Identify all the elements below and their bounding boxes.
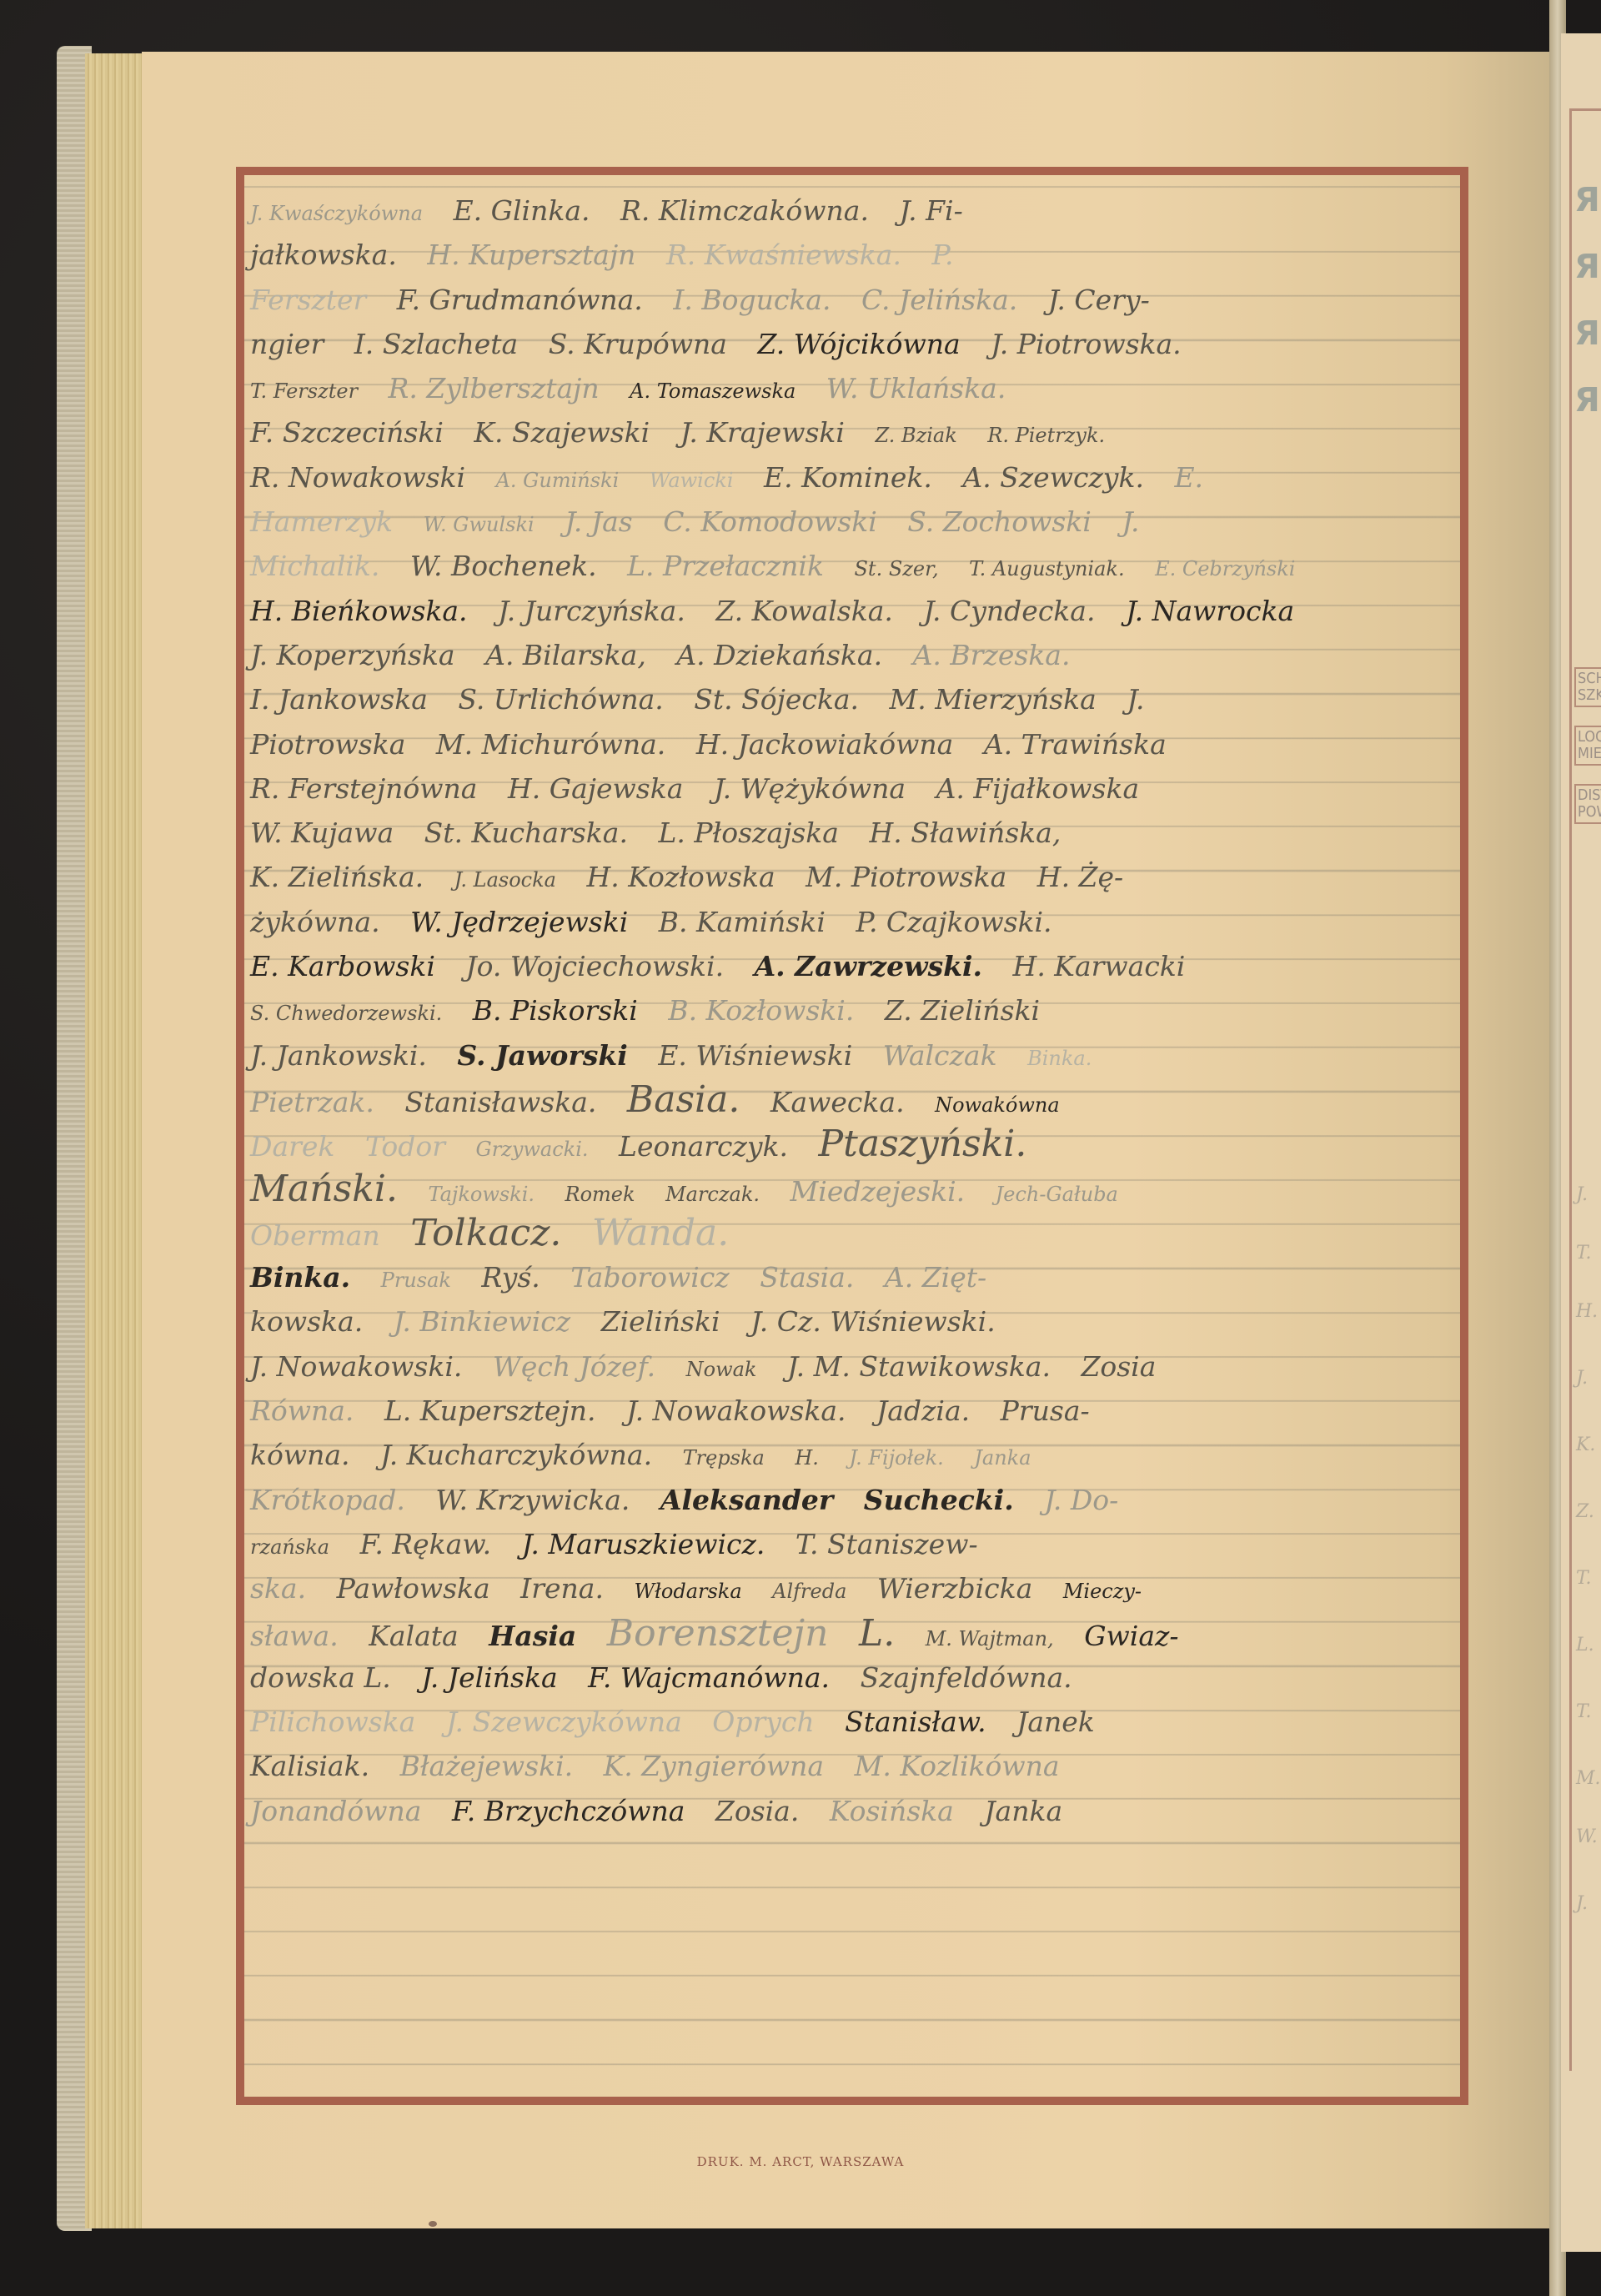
signature: E. Wiśniewski [658, 1033, 852, 1078]
signature: J. Jas [565, 500, 633, 544]
signature: Walczak [883, 1033, 997, 1078]
signature: H. Kozłowska [586, 855, 775, 899]
signature: C. Komodowski [663, 500, 877, 544]
signature: H. [795, 1436, 819, 1480]
signature: Jo. Wojciechowski. [465, 944, 724, 988]
signature: Równa. [250, 1389, 354, 1433]
page-edges [85, 53, 142, 2228]
signature: A. Zięt- [885, 1255, 986, 1299]
handwritten-line: E. Karbowski Jo. Wojciechowski. A. Zawrz… [250, 944, 1459, 988]
signature: B. Kozłowski. [668, 988, 854, 1032]
handwritten-line: Pilichowska J. Szewczykówna Oprych Stani… [250, 1700, 1459, 1744]
faint-handwriting: J. [1576, 1184, 1588, 1205]
signature: Borensztejn [607, 1611, 829, 1655]
signature: Leonarczyk. [619, 1124, 788, 1168]
signature: H. Karwacki [1013, 944, 1186, 988]
signature: Aleksander [660, 1478, 833, 1522]
faint-handwriting: W. [1576, 1826, 1598, 1847]
signature: Janka [974, 1436, 1031, 1480]
signature: Gwiaz- [1084, 1614, 1178, 1658]
signature: dowska L. [250, 1655, 391, 1700]
signature: J. Cyndecka. [923, 589, 1095, 633]
signature: M. Michurówna. [436, 722, 665, 766]
signature: A. Tomaszewska [630, 369, 795, 414]
signature: J. Maruszkiewicz. [522, 1522, 765, 1566]
signature: Miedzejeski. [790, 1169, 965, 1213]
handwritten-line: ska. Pawłowska Irena. Włodarska Alfreda … [250, 1566, 1459, 1610]
handwritten-line: żykówna. W. Jędrzejewski B. Kamiński P. … [250, 900, 1459, 944]
signature: F. Rękaw. [360, 1522, 492, 1566]
faint-handwriting: Z. [1576, 1501, 1594, 1522]
adjacent-page-label: DISTPOW [1574, 784, 1601, 824]
handwritten-line: I. Jankowska S. Urlichówna. St. Sójecka.… [250, 677, 1459, 721]
signature: J. Cz. Wiśniewski. [750, 1299, 996, 1344]
signature: J. Nowakowski. [250, 1344, 462, 1389]
signature-list: J. Kwaśczykówna E. Glinka. R. Klimczaków… [250, 188, 1459, 1833]
signature: W. Kujawa [250, 811, 394, 855]
handwritten-line: J. Kwaśczykówna E. Glinka. R. Klimczaków… [250, 188, 1459, 233]
signature: Pietrzak. [250, 1080, 374, 1124]
signature: Błażejewski. [400, 1744, 574, 1788]
signature: E. Karbowski [250, 944, 435, 988]
signature: K. Zyngierówna [604, 1744, 824, 1788]
signature: E. [1174, 455, 1203, 500]
signature: Z. Zieliński [885, 988, 1040, 1032]
signature: J. Kwaśczykówna [250, 192, 423, 236]
signature: J. Wężykówna [714, 766, 906, 811]
signature: R. Klimczakówna. [620, 188, 869, 233]
signature: L. Płoszajska [658, 811, 839, 855]
handwritten-line: jałkowska. H. Kupersztajn R. Kwaśniewska… [250, 233, 1459, 277]
signature: Jech-Gałuba [996, 1173, 1118, 1217]
signature: W. Uklańska. [826, 366, 1006, 410]
signature: H. Jackowiakówna [696, 722, 954, 766]
handwritten-line: Równa. L. Kupersztejn. J. Nowakowska. Ja… [250, 1389, 1459, 1433]
signature: Romek [565, 1173, 635, 1217]
signature: Hasia [489, 1614, 576, 1658]
handwritten-line: J. Koperzyńska A. Bilarska, A. Dziekańsk… [250, 633, 1459, 677]
signature: ska. [250, 1566, 306, 1610]
handwritten-line: Michalik. W. Bochenek. L. Przełacznik St… [250, 544, 1459, 588]
signature: Darek [250, 1124, 334, 1168]
signature: E. Cebrzyński [1155, 547, 1295, 591]
signature: Marczak. [665, 1173, 760, 1217]
signature: Jonandówna [250, 1789, 421, 1833]
signature: M. Mierzyńska [890, 677, 1097, 721]
signature: A. Bilarska, [485, 633, 646, 677]
signature: kowska. [250, 1299, 363, 1344]
faint-handwriting: M. [1576, 1768, 1601, 1789]
signature: H. Sławińska, [869, 811, 1061, 855]
signature: W. Gwulski [424, 503, 535, 547]
handwritten-line: T. Ferszter R. Zylbersztajn A. Tomaszews… [250, 366, 1459, 410]
signature: Trępska [683, 1436, 765, 1480]
signature: jałkowska. [250, 233, 397, 277]
signature: A. Fijałkowska [936, 766, 1140, 811]
handwritten-line: Kalisiak. Błażejewski. K. Zyngierówna M.… [250, 1744, 1459, 1788]
adjacent-page-label: SCHSZK [1574, 667, 1601, 707]
handwritten-line: J. Jankowski. S. Jaworski E. Wiśniewski … [250, 1033, 1459, 1078]
faint-handwriting: J. [1576, 1368, 1588, 1389]
signature: ngier [250, 322, 324, 366]
signature: F. Brzychczówna [452, 1789, 685, 1833]
faint-handwriting: T. [1576, 1701, 1591, 1722]
signature: H. Kupersztajn [427, 233, 635, 277]
signature: Hamerzyk [250, 500, 393, 544]
signature: rzańska [250, 1525, 329, 1570]
handwritten-line: Piotrowska M. Michurówna. H. Jackowiaków… [250, 722, 1459, 766]
signature: Zosia. [715, 1789, 799, 1833]
signature: Mieczy- [1063, 1570, 1142, 1614]
handwritten-line: kowska. J. Binkiewicz Zieliński J. Cz. W… [250, 1299, 1459, 1344]
signature: H. Żę- [1037, 855, 1123, 899]
signature: A. Dziekańska. [676, 633, 882, 677]
faint-handwriting: H. [1576, 1301, 1598, 1322]
handwritten-line: Darek Todor Grzywacki. Leonarczyk. Ptasz… [250, 1122, 1459, 1166]
signature: E. Glinka. [454, 188, 590, 233]
signature: Suchecki. [864, 1478, 1014, 1522]
signature: sława. [250, 1614, 339, 1658]
faint-handwriting: L. [1576, 1635, 1594, 1655]
signature: M. Piotrowska [806, 855, 1006, 899]
handwritten-line: K. Zielińska. J. Lasocka H. Kozłowska M.… [250, 855, 1459, 899]
signature: Janek [1016, 1700, 1095, 1744]
handwritten-line: W. Kujawa St. Kucharska. L. Płoszajska H… [250, 811, 1459, 855]
handwritten-line: Hamerzyk W. Gwulski J. Jas C. Komodowski… [250, 500, 1459, 544]
signature: Nowak [686, 1348, 757, 1392]
signature: J. Piotrowska. [991, 322, 1182, 366]
signature: I. Szlacheta [354, 322, 518, 366]
signature: Michalik. [250, 544, 379, 588]
signature: Zosia [1081, 1344, 1156, 1389]
signature: J. [1122, 500, 1139, 544]
signature: T. Augustyniak. [969, 547, 1124, 591]
signature: J. Fijołek. [849, 1436, 943, 1480]
signature: Wawicki [650, 459, 734, 503]
handwritten-line: R. Ferstejnówna H. Gajewska J. Wężykówna… [250, 766, 1459, 811]
signature: J. Jankowski. [250, 1033, 427, 1078]
handwritten-line: kówna. J. Kucharczykówna. Trępska H. J. … [250, 1433, 1459, 1477]
signature: Oprych [712, 1700, 814, 1744]
signature: Taborowicz [570, 1255, 729, 1299]
handwritten-line: R. Nowakowski A. Gumiński Wawicki E. Kom… [250, 455, 1459, 500]
signature: P. [931, 233, 953, 277]
signature: M. Kozlikówna [855, 1744, 1060, 1788]
signature: L. Kupersztejn. [384, 1389, 596, 1433]
handwritten-line: Oberman Tolkacz. Wanda. [250, 1211, 1459, 1255]
signature: B. Piskorski [473, 988, 638, 1032]
faint-handwriting: K. [1576, 1434, 1595, 1455]
signature: J. Kucharczykówna. [380, 1433, 652, 1477]
signature: S. Chwedorzewski. [250, 992, 442, 1036]
signature: L. Przełacznik [627, 544, 824, 588]
signature: I. Bogucka. [673, 278, 831, 322]
signature: E. Kominek. [764, 455, 932, 500]
signature: Stasia. [760, 1255, 854, 1299]
signature: P. Czajkowski. [856, 900, 1051, 944]
signature: S. Krupówna [549, 322, 727, 366]
signature: S. Jaworski [457, 1033, 627, 1078]
signature: żykówna. [250, 900, 380, 944]
signature: K. Szajewski [474, 410, 650, 455]
signature: R. Kwaśniewska. [666, 233, 901, 277]
decorative-letter-icon: Я [1574, 183, 1600, 217]
signature: A. Trawińska [984, 722, 1167, 766]
signature: W. Jędrzejewski [410, 900, 628, 944]
signature: Z. Kowalska. [715, 589, 893, 633]
signature: I. Jankowska [250, 677, 428, 721]
signature: Prusa- [1001, 1389, 1090, 1433]
signature: Kosińska [830, 1789, 954, 1833]
signature: F. Wajcmanówna. [588, 1655, 830, 1700]
paper-stain [429, 2221, 437, 2227]
faint-handwriting: J. [1576, 1893, 1588, 1914]
signature: Todor [365, 1124, 445, 1168]
signature: Zieliński [601, 1299, 720, 1344]
signature: Binka. [250, 1255, 350, 1299]
adjacent-page: Я Я Я Я SCHSZK LOGMIE DISTPOW J. T. H. J… [1561, 33, 1601, 2252]
handwritten-line: J. Nowakowski. Węch Józef. Nowak J. M. S… [250, 1344, 1459, 1389]
signature: J. Binkiewicz [394, 1299, 570, 1344]
handwritten-line: Mański. Tajkowski. Romek Marczak. Miedze… [250, 1167, 1459, 1211]
signature: Grzywacki. [476, 1128, 589, 1172]
signature: A. Zawrzewski. [755, 944, 982, 988]
signature: R. Ferstejnówna [250, 766, 477, 811]
signature: J. Cery- [1048, 278, 1150, 322]
signature: Binka. [1027, 1037, 1092, 1081]
signature: kówna. [250, 1433, 350, 1477]
signature: Pawłowska [337, 1566, 490, 1610]
signature: J. Nowakowska. [626, 1389, 846, 1433]
signature: A. Szewczyk. [962, 455, 1144, 500]
signature: Ptaszyński. [819, 1122, 1027, 1166]
decorative-letter-icon: Я [1574, 250, 1600, 284]
signature: Nowakówna [935, 1083, 1060, 1128]
signature: Piotrowska [250, 722, 405, 766]
printer-imprint: DRUK. M. ARCT, WARSZAWA [0, 2154, 1601, 2169]
handwritten-line: dowska L. J. Jelińska F. Wajcmanówna. Sz… [250, 1655, 1459, 1700]
signature: A. Brzeska. [913, 633, 1071, 677]
signature: S. Urlichówna. [458, 677, 663, 721]
handwritten-line: H. Bieńkowska. J. Jurczyńska. Z. Kowalsk… [250, 589, 1459, 633]
signature: R. Zylbersztajn [389, 366, 600, 410]
signature: C. Jelińska. [861, 278, 1017, 322]
signature: Pilichowska [250, 1700, 415, 1744]
signature: T. Staniszew- [795, 1522, 978, 1566]
signature: W. Bochenek. [410, 544, 597, 588]
signature: J. Krajewski [680, 410, 845, 455]
signature: St. Sójecka. [694, 677, 859, 721]
signature: J. Koperzyńska [250, 633, 455, 677]
handwritten-line: Binka. Prusak Ryś. Taborowicz Stasia. A.… [250, 1255, 1459, 1299]
signature: J. Fi- [899, 188, 962, 233]
signature: Tajkowski. [428, 1173, 535, 1217]
signature: Jadzia. [876, 1389, 970, 1433]
handwritten-line: rzańska F. Rękaw. J. Maruszkiewicz. T. S… [250, 1522, 1459, 1566]
signature: Ferszter [250, 278, 366, 322]
signature: S. Zochowski [907, 500, 1092, 544]
signature: H. Bieńkowska. [250, 589, 468, 633]
signature: A. Gumiński [496, 459, 620, 503]
signature: J. [1127, 677, 1144, 721]
signature: K. Zielińska. [250, 855, 424, 899]
handwritten-line: Krótkopad. W. Krzywicka. Aleksander Such… [250, 1478, 1459, 1522]
signature: Basia. [627, 1078, 740, 1122]
signature: Z. Bziak [875, 414, 956, 458]
signature: F. Grudmanówna. [397, 278, 643, 322]
signature: J. Do- [1044, 1478, 1118, 1522]
signature: Kalata [369, 1614, 459, 1658]
handwritten-line: S. Chwedorzewski. B. Piskorski B. Kozłow… [250, 988, 1459, 1032]
signature: Prusak [381, 1259, 451, 1303]
handwritten-line: sława. Kalata Hasia Borensztejn L. M. Wa… [250, 1611, 1459, 1655]
signature: R. Pietrzyk. [987, 414, 1105, 458]
faint-handwriting: T. [1576, 1568, 1591, 1589]
signature: St. Szer, [854, 547, 938, 591]
signature: Krótkopad. [250, 1478, 405, 1522]
signature: M. Wajtman, [926, 1617, 1054, 1661]
faint-handwriting: T. [1576, 1243, 1591, 1264]
signature: J. M. Stawikowska. [787, 1344, 1051, 1389]
signature: Z. Wójcikówna [757, 322, 960, 366]
signature: Szajnfeldówna. [861, 1655, 1072, 1700]
signature: Wierzbicka [877, 1566, 1032, 1610]
signature: J. Szewczykówna [446, 1700, 682, 1744]
signature: Irena. [520, 1566, 604, 1610]
handwritten-line: Ferszter F. Grudmanówna. I. Bogucka. C. … [250, 278, 1459, 322]
signature: H. Gajewska [508, 766, 683, 811]
decorative-letter-icon: Я [1574, 384, 1600, 417]
decorative-letter-icon: Я [1574, 317, 1600, 350]
handwritten-line: F. Szczeciński K. Szajewski J. Krajewski… [250, 410, 1459, 455]
signature: T. Ferszter [250, 369, 358, 414]
signature: Tolkacz. [410, 1211, 561, 1255]
signature: Kalisiak. [250, 1744, 369, 1788]
handwritten-line: Jonandówna F. Brzychczówna Zosia. Kosińs… [250, 1789, 1459, 1833]
signature: R. Nowakowski [250, 455, 465, 500]
signature: Stanisław. [845, 1700, 986, 1744]
signature: Alfreda [772, 1570, 846, 1614]
signature: Kawecka. [770, 1080, 905, 1124]
signature: J. Jurczyńska. [498, 589, 685, 633]
signature: Janka [984, 1789, 1062, 1833]
signature: Włodarska [634, 1570, 741, 1614]
signature: Mański. [250, 1167, 398, 1211]
signature: Wanda. [592, 1211, 729, 1255]
signature: J. Jelińska [421, 1655, 557, 1700]
signature: W. Krzywicka. [435, 1478, 630, 1522]
signature: J. Lasocka [454, 858, 556, 902]
signature: F. Szczeciński [250, 410, 444, 455]
signature: St. Kucharska. [424, 811, 628, 855]
signature: Węch Józef. [493, 1344, 655, 1389]
signature: Oberman [250, 1213, 380, 1258]
signature: Ryś. [481, 1255, 540, 1299]
handwritten-line: ngier I. Szlacheta S. Krupówna Z. Wójcik… [250, 322, 1459, 366]
signature: Stanisławska. [404, 1080, 596, 1124]
signature: B. Kamiński [659, 900, 826, 944]
signature: L. [859, 1611, 895, 1655]
handwritten-line: Pietrzak. Stanisławska. Basia. Kawecka. … [250, 1078, 1459, 1122]
signature: J. Nawrocka [1126, 589, 1294, 633]
adjacent-page-label: LOGMIE [1574, 726, 1601, 766]
